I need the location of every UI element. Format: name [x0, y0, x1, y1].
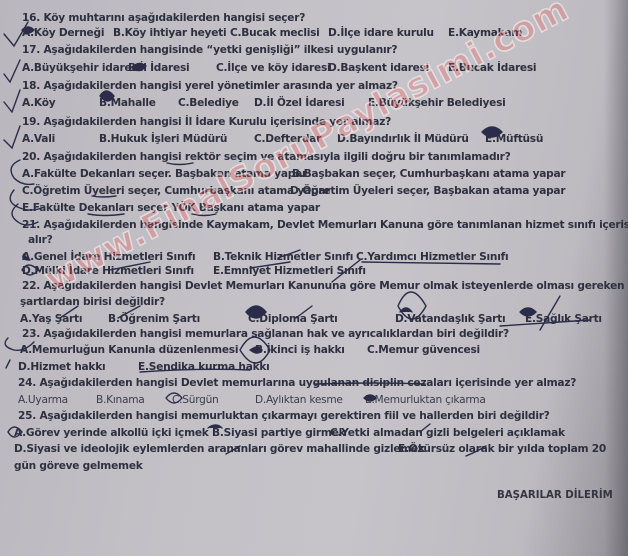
- option-d: D.Aylıktan kesme: [255, 394, 343, 406]
- footer-text: BAŞARILAR DİLERİM: [497, 490, 613, 501]
- question-23: 23. Aşağıdakilerden hangisi memurlara sa…: [22, 328, 509, 340]
- option-e: E.Emniyet Hizmetleri Sınıfı: [213, 265, 366, 277]
- option-a: A.Memurluğun Kanunla düzenlenmesi: [20, 344, 238, 356]
- option-b: B.Hukuk İşleri Müdürü: [99, 133, 227, 145]
- option-d: D.Bayındırlık İl Müdürü: [337, 133, 469, 145]
- option-c: C.Yardımcı Hizmetler Sınıfı: [356, 251, 508, 263]
- question-text: Köy muhtarını aşağıdakilerden hangisi se…: [43, 12, 305, 24]
- option-e: E.Müftüsü: [485, 133, 543, 145]
- option-b: B.Köy ihtiyar heyeti: [113, 27, 226, 39]
- question-number: 24.: [18, 377, 36, 389]
- option-b: B.Siyasi partiye girmek: [212, 427, 345, 439]
- option-d: D.Vatandaşlık Şartı: [395, 313, 505, 325]
- question-text: Aşağıdakilerden hangisinde “yetki genişl…: [43, 44, 397, 56]
- option-c: C.Belediye: [178, 97, 239, 109]
- question-number: 22.: [22, 280, 40, 292]
- option-d: D.Mülki İdare Hizmetleri Sınıfı: [22, 265, 194, 277]
- question-number: 16.: [22, 12, 40, 24]
- option-c: C.Öğretim Üyeleri seçer, Cumhurbaşkanı a…: [22, 185, 330, 197]
- question-20: 20. Aşağıdakilerden hangisi rektör seçim…: [22, 151, 511, 163]
- option-c: C.Bucak meclisi: [230, 27, 320, 39]
- question-text: Aşağıdakilerden hangisi Devlet Memurları…: [43, 280, 628, 292]
- option-a: A.Köy Derneği: [22, 27, 104, 39]
- question-text: Aşağıdakilerden hangisi İl İdare Kurulu …: [43, 116, 391, 128]
- question-21-text-cont: alır?: [28, 234, 53, 246]
- option-c: C.Diploma Şartı: [248, 313, 338, 325]
- option-a: A.Büyükşehir idaresi: [22, 62, 141, 74]
- option-b: B.İkinci iş hakkı: [255, 344, 345, 356]
- question-16: 16. Köy muhtarını aşağıdakilerden hangis…: [22, 12, 305, 24]
- option-c: C.Defterdar: [254, 133, 321, 145]
- option-e: E.Özürsüz olarak bir yılda toplam 20: [398, 443, 606, 455]
- question-text: Aşağıdakilerden hangisi Devlet memurları…: [39, 377, 576, 389]
- option-b: B.Kınama: [96, 394, 145, 406]
- question-text: Aşağıdakilerden hangisi memurluktan çıka…: [39, 410, 549, 422]
- option-d: D.Öğretim Üyeleri seçer, Başbakan atama …: [290, 185, 565, 197]
- option-b: B.Öğrenim Şartı: [108, 313, 200, 325]
- question-number: 19.: [22, 116, 40, 128]
- option-c: C.Yetki almadan gizli belgeleri açıklama…: [330, 427, 565, 439]
- option-c: C.Memur güvencesi: [367, 344, 480, 356]
- question-22-text-cont: şartlardan birisi değildir?: [20, 296, 165, 308]
- option-e: E.Bucak İdaresi: [448, 62, 536, 74]
- option-e: E.Fakülte Dekanları seçer YÖK Başkanı at…: [22, 202, 320, 214]
- option-b: B.Başbakan seçer, Cumhurbaşkanı atama ya…: [292, 168, 565, 180]
- question-number: 23.: [22, 328, 40, 340]
- option-b: B.Teknik Hizmetler Sınıfı: [213, 251, 353, 263]
- option-a: A.Vali: [22, 133, 55, 145]
- option-a: A.Fakülte Dekanları seçer. Başbakan atam…: [22, 168, 307, 180]
- option-a: A.Genel İdare Hizmetleri Sınıfı: [22, 251, 195, 263]
- option-d: D.Hizmet hakkı: [18, 361, 105, 373]
- question-22: 22. Aşağıdakilerden hangisi Devlet Memur…: [22, 280, 628, 292]
- option-a: A.Köy: [22, 97, 55, 109]
- option-d: D.Başkent idaresi: [328, 62, 429, 74]
- option-a: A.Görev yerinde alkollü içki içmek: [14, 427, 209, 439]
- question-number: 20.: [22, 151, 40, 163]
- question-number: 17.: [22, 44, 40, 56]
- page-shadow: [604, 0, 628, 556]
- question-text: Aşağıdakilerden hangisi rektör seçim ve …: [43, 151, 510, 163]
- option-b: B.İl İdaresi: [128, 62, 189, 74]
- option-d: D.İl Özel İdaresi: [254, 97, 345, 109]
- exam-page: 16. Köy muhtarını aşağıdakilerden hangis…: [0, 0, 628, 556]
- question-24: 24. Aşağıdakilerden hangisi Devlet memur…: [18, 377, 576, 389]
- option-c: C.Sürgün: [172, 394, 219, 406]
- question-number: 18.: [22, 80, 40, 92]
- question-number: 21.: [22, 219, 40, 231]
- option-a: A.Uyarma: [18, 394, 68, 406]
- option-b: B.Mahalle: [99, 97, 156, 109]
- option-e-cont: gün göreve gelmemek: [14, 460, 143, 472]
- option-a: A.Yaş Şartı: [20, 313, 82, 325]
- question-text: Aşağıdakilerden hangisinde Kaymakam, Dev…: [43, 219, 628, 231]
- option-e: E.Kaymakam: [448, 27, 522, 39]
- question-text: Aşağıdakilerden hangisi memurlara sağlan…: [43, 328, 508, 340]
- question-19: 19. Aşağıdakilerden hangisi İl İdare Kur…: [22, 116, 391, 128]
- option-d: D.Siyasi ve ideolojik eylemlerden aranan…: [14, 443, 425, 455]
- option-c: C.İlçe ve köy idaresi: [216, 62, 330, 74]
- option-d: D.İlçe idare kurulu: [328, 27, 434, 39]
- option-e: E.Memurluktan çıkarma: [365, 394, 486, 406]
- question-18: 18. Aşağıdakilerden hangisi yerel yöneti…: [22, 80, 398, 92]
- question-number: 25.: [18, 410, 36, 422]
- question-25: 25. Aşağıdakilerden hangisi memurluktan …: [18, 410, 550, 422]
- question-text: Aşağıdakilerden hangisi yerel yönetimler…: [43, 80, 397, 92]
- question-21: 21. Aşağıdakilerden hangisinde Kaymakam,…: [22, 219, 628, 231]
- question-17: 17. Aşağıdakilerden hangisinde “yetki ge…: [22, 44, 397, 56]
- option-e: E.Sağlık Şartı: [525, 313, 602, 325]
- option-e: E.Sendika kurma hakkı: [138, 361, 270, 373]
- option-e: E.Büyükşehir Belediyesi: [368, 97, 506, 109]
